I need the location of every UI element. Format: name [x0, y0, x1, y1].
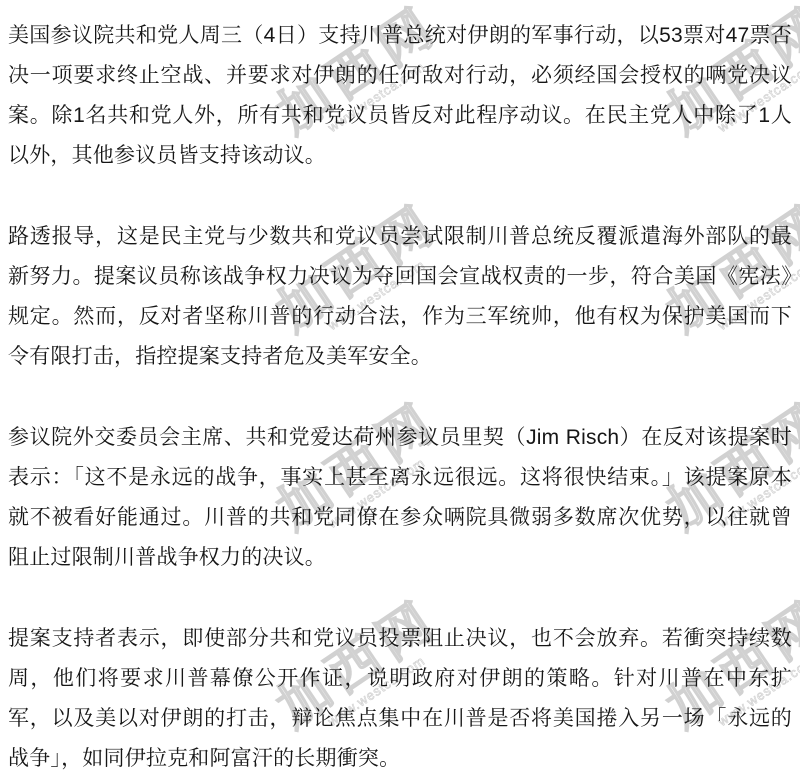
- article-paragraph-4: 提案支持者表示，即使部分共和党议员投票阻止决议，也不会放弃。若衝突持续数周，他们…: [8, 619, 792, 776]
- article-paragraph-1: 美国参议院共和党人周三（4日）支持川普总统对伊朗的军事行动，以53票对47票否决…: [8, 16, 792, 176]
- article-body: 美国参议院共和党人周三（4日）支持川普总统对伊朗的军事行动，以53票对47票否决…: [0, 0, 800, 776]
- article-paragraph-3: 参议院外交委员会主席、共和党爱达荷州参议员里契（Jim Risch）在反对该提案…: [8, 418, 792, 578]
- article-paragraph-2: 路透报导，这是民主党与少数共和党议员尝试限制川普总统反覆派遣海外部队的最新努力。…: [8, 217, 792, 377]
